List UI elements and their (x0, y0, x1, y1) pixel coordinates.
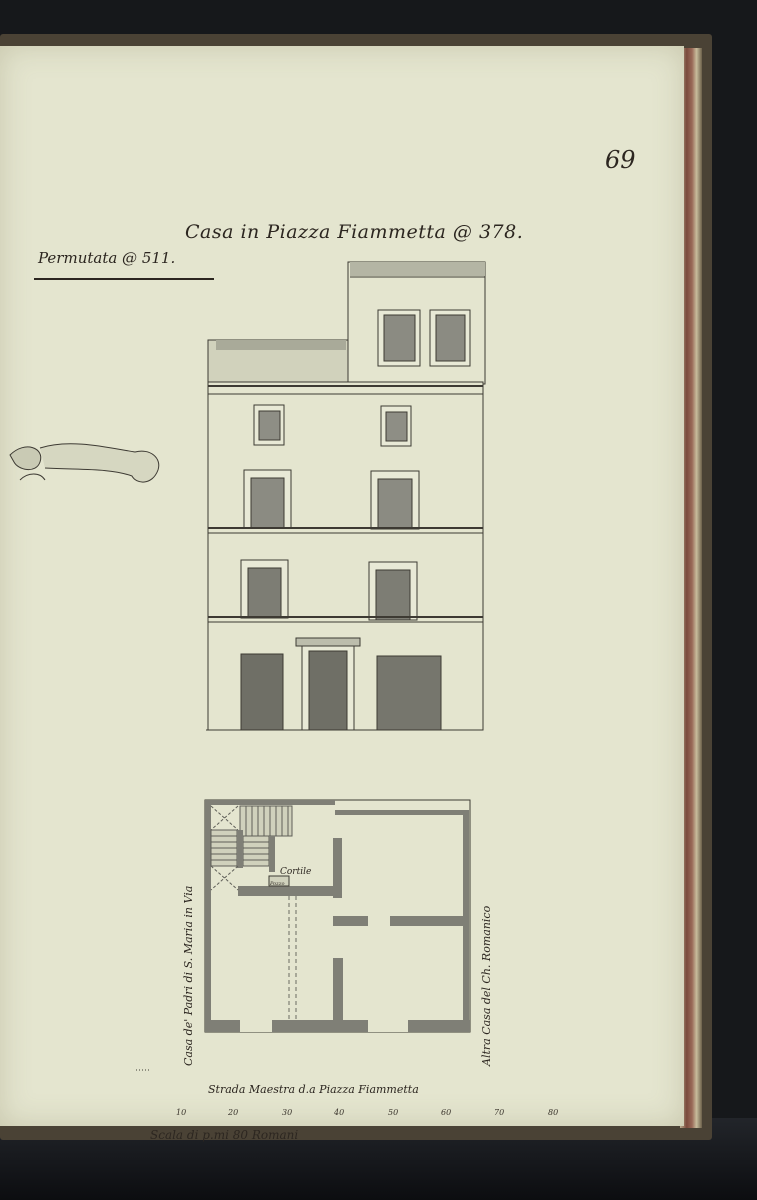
scale-tick: 80 (548, 1108, 558, 1117)
left-neighbor-label: Casa de' Padri di S. Maria in Via (182, 886, 195, 1066)
courtyard-label: Cortile (280, 867, 311, 877)
scale-tick: 30 (282, 1108, 292, 1117)
scale-label: Scala di p.mi 80 Romani (150, 1128, 298, 1142)
scale-tick: 20 (228, 1108, 238, 1117)
scroll-ornament-icon (10, 444, 159, 482)
manuscript-page: 69 Casa in Piazza Fiammetta @ 378. Permu… (0, 46, 684, 1126)
elevation (206, 262, 485, 730)
scale-tick: 70 (494, 1108, 504, 1117)
scale-tick: 10 (176, 1108, 186, 1117)
scale-tick: 40 (334, 1108, 344, 1117)
scale-tick: 50 (388, 1108, 398, 1117)
floor-plan (205, 800, 470, 1032)
well-label: Pozzo (269, 881, 284, 887)
right-neighbor-label: Altra Casa del Ch. Romanico (480, 906, 493, 1066)
scale-bar: 10 20 30 40 50 60 70 80 (136, 1108, 586, 1128)
drawing: Cortile Pozzo (0, 46, 684, 1126)
scale-tick: 60 (441, 1108, 451, 1117)
street-label: Strada Maestra d.a Piazza Fiammetta (208, 1083, 419, 1096)
